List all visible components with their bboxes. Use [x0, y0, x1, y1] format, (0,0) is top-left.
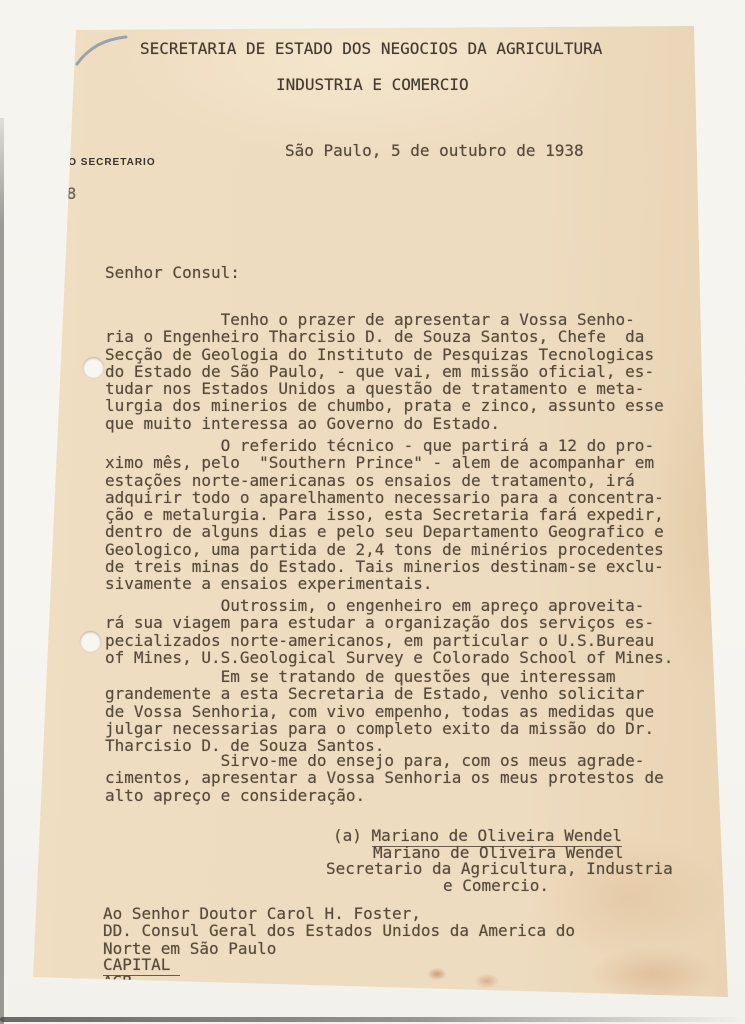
- paragraph-4: Em se tratando de questões que interessa…: [105, 668, 654, 754]
- signature-prefix: (a): [333, 826, 372, 845]
- punch-hole-bottom: [80, 631, 101, 652]
- signature-title-line1: Secretario da Agricultura, Industria: [326, 860, 673, 877]
- letterhead-line1: SECRETARIA DE ESTADO DOS NEGOCIOS DA AGR…: [140, 40, 602, 57]
- secretario-stamp: DO SECRETARIO: [60, 157, 156, 168]
- letterhead-line2: INDUSTRIA E COMERCIO: [276, 76, 469, 93]
- protocol-number: 58: [57, 185, 76, 202]
- addressee-block: Ao Senhor Doutor Carol H. Foster, DD. Co…: [103, 905, 575, 957]
- pen-mark: [60, 28, 140, 78]
- addressee-initials: AGB.: [103, 973, 142, 990]
- punch-hole-top: [83, 357, 104, 378]
- signature-title-line2: e Comercio.: [443, 877, 549, 894]
- scan-edge-bottom: [0, 1017, 745, 1022]
- paragraph-3: Outrossim, o engenheiro em apreço aprove…: [105, 597, 673, 666]
- signature-line: (a) Mariano de Oliveira Wendel: [333, 827, 622, 844]
- paragraph-5: Sirvo-me do ensejo para, com os meus agr…: [105, 752, 664, 804]
- paragraph-2: O referido técnico - que partirá a 12 do…: [105, 437, 664, 593]
- scanned-letter-page: SECRETARIA DE ESTADO DOS NEGOCIOS DA AGR…: [0, 0, 745, 1024]
- scan-edge-left: [0, 118, 4, 1024]
- date-line: São Paulo, 5 de outubro de 1938: [285, 142, 584, 159]
- addressee-capital: CAPITAL: [103, 956, 180, 973]
- salutation: Senhor Consul:: [105, 264, 240, 281]
- paper-sheet: SECRETARIA DE ESTADO DOS NEGOCIOS DA AGR…: [0, 0, 745, 1024]
- paragraph-1: Tenho o prazer de apresentar a Vossa Sen…: [105, 311, 664, 432]
